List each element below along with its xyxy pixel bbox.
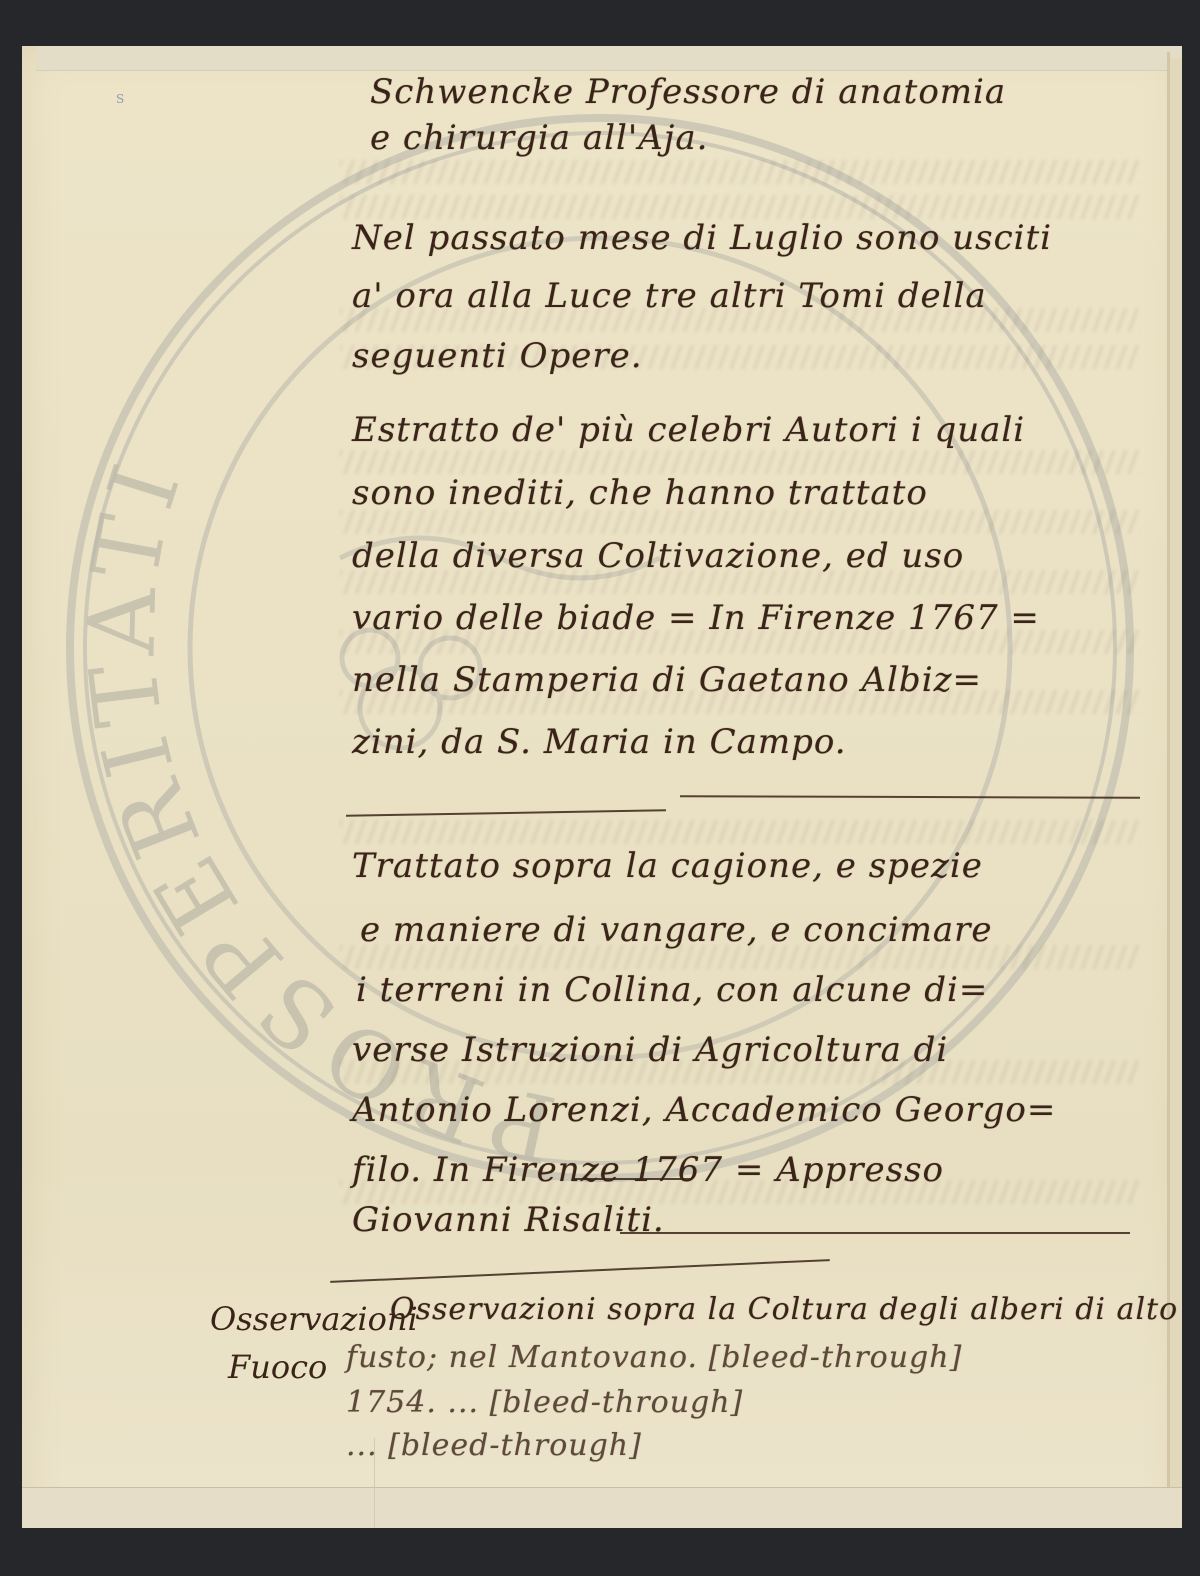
page-top-edge	[36, 46, 1182, 71]
manuscript-line: 1754. ... [bleed-through]	[346, 1385, 743, 1420]
manuscript-line: vario delle biade = In Firenze 1767 =	[352, 598, 1040, 638]
manuscript-line: della diversa Coltivazione, ed uso	[352, 536, 964, 576]
manuscript-line: sono inediti, che hanno trattato	[352, 473, 928, 513]
manuscript-line: filo. In Firenze 1767 = Appresso	[352, 1150, 944, 1190]
manuscript-line: Trattato sopra la cagione, e spezie	[352, 846, 983, 886]
manuscript-line: Nel passato mese di Luglio sono usciti	[352, 218, 1052, 258]
bleed-through	[340, 450, 1140, 474]
manuscript-line: zini, da S. Maria in Campo.	[352, 722, 847, 762]
manuscript-line: Estratto de' più celebri Autori i quali	[352, 410, 1025, 450]
manuscript-line: Antonio Lorenzi, Accademico Georgo=	[352, 1090, 1056, 1130]
date-underline	[572, 1178, 692, 1180]
bleed-through	[340, 195, 1140, 219]
margin-note: Osservazioni	[210, 1300, 418, 1338]
manuscript-line: e chirurgia all'Aja.	[370, 118, 708, 158]
manuscript-line: ... [bleed-through]	[346, 1428, 642, 1463]
manuscript-line: e maniere di vangare, e concimare	[360, 910, 993, 950]
manuscript-line: nella Stamperia di Gaetano Albiz=	[352, 660, 982, 700]
manuscript-line: verse Istruzioni di Agricoltura di	[352, 1030, 948, 1070]
manuscript-line: Osservazioni sopra la Coltura degli albe…	[390, 1292, 1178, 1327]
manuscript-line: Schwencke Professore di anatomia	[370, 72, 1006, 112]
manuscript-line: fusto; nel Mantovano. [bleed-through]	[346, 1340, 962, 1375]
manuscript-line: a' ora alla Luce tre altri Tomi della	[352, 276, 987, 316]
bleed-through	[340, 510, 1140, 534]
manuscript-line: i terreni in Collina, con alcune di=	[356, 970, 988, 1010]
page-bottom-edge	[22, 1487, 1182, 1528]
manuscript-line: seguenti Opere.	[352, 336, 643, 376]
folio-mark: S	[116, 92, 124, 106]
bleed-through	[340, 160, 1140, 184]
manuscript-line: Giovanni Risaliti.	[352, 1200, 665, 1240]
margin-note: Fuoco	[228, 1348, 327, 1386]
section-divider	[620, 1232, 1130, 1234]
bleed-through	[340, 820, 1140, 844]
